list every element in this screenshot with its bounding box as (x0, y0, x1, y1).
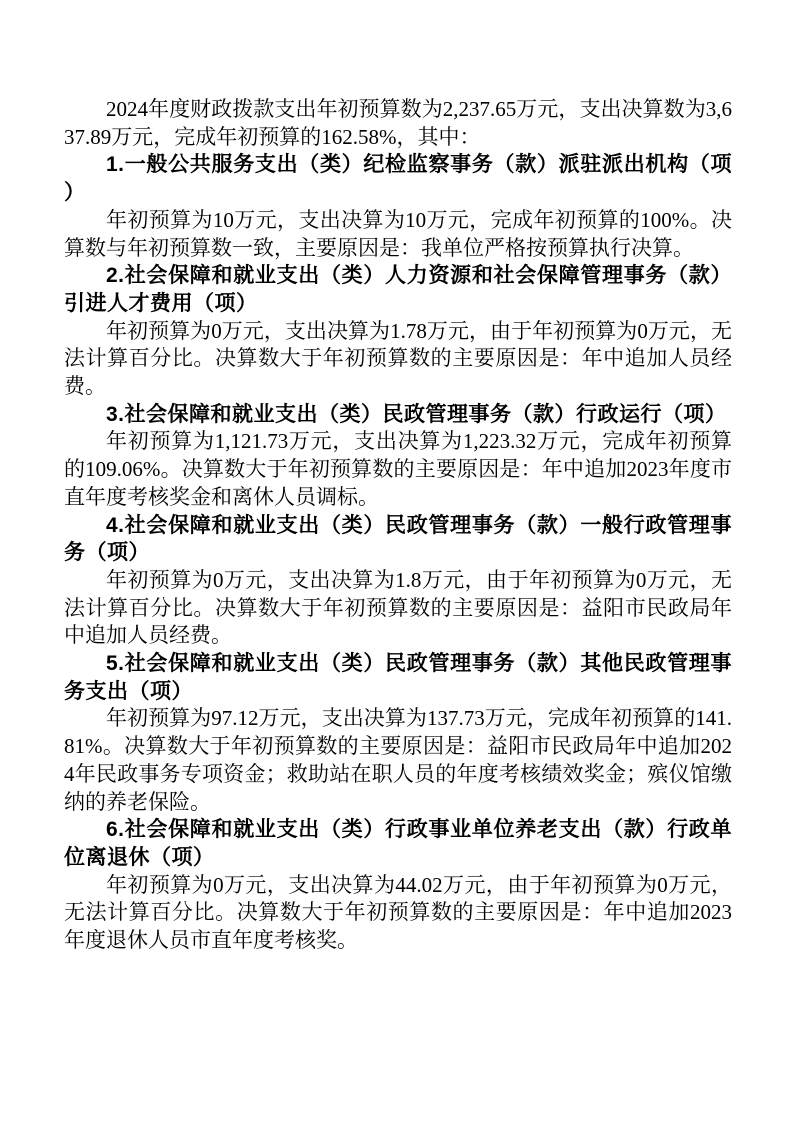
section-3-heading: 3.社会保障和就业支出（类）民政管理事务（款）行政运行（项） (64, 401, 732, 429)
section-4-heading: 4.社会保障和就业支出（类）民政管理事务（款）一般行政管理事务（项） (64, 512, 732, 567)
section-1-body: 年初预算为10万元，支出决算为10万元，完成年初预算的100%。决算数与年初预算… (64, 207, 732, 262)
page-content: 2024年度财政拨款支出年初预算数为2,237.65万元，支出决算数为3,637… (64, 96, 732, 955)
document-page: 2024年度财政拨款支出年初预算数为2,237.65万元，支出决算数为3,637… (0, 0, 793, 1122)
section-1-heading: 1.一般公共服务支出（类）纪检监察事务（款）派驻派出机构（项） (64, 151, 732, 206)
section-2-heading: 2.社会保障和就业支出（类）人力资源和社会保障管理事务（款）引进人才费用（项） (64, 262, 732, 317)
section-4-body: 年初预算为0万元，支出决算为1.8万元，由于年初预算为0万元，无法计算百分比。决… (64, 567, 732, 650)
section-2-body: 年初预算为0万元，支出决算为1.78万元，由于年初预算为0万元，无法计算百分比。… (64, 318, 732, 401)
section-3-body: 年初预算为1,121.73万元，支出决算为1,223.32万元，完成年初预算的1… (64, 428, 732, 511)
section-5-heading: 5.社会保障和就业支出（类）民政管理事务（款）其他民政管理事务支出（项） (64, 650, 732, 705)
section-6-body: 年初预算为0万元，支出决算为44.02万元，由于年初预算为0万元，无法计算百分比… (64, 872, 732, 955)
section-5-body: 年初预算为97.12万元，支出决算为137.73万元，完成年初预算的141.81… (64, 705, 732, 816)
section-6-heading: 6.社会保障和就业支出（类）行政事业单位养老支出（款）行政单位离退休（项） (64, 816, 732, 871)
intro-paragraph: 2024年度财政拨款支出年初预算数为2,237.65万元，支出决算数为3,637… (64, 96, 732, 151)
